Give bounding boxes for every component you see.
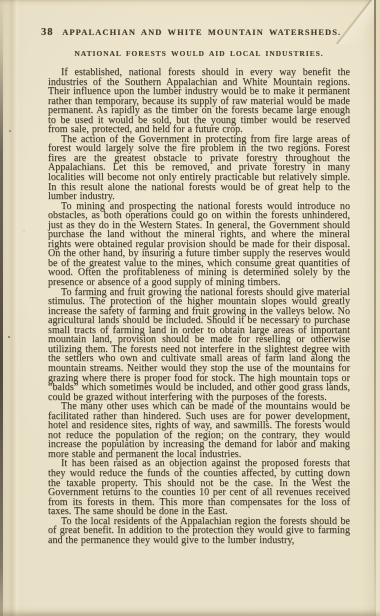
body-text: If established, national forests should …	[48, 68, 350, 545]
running-title: APPALACHIAN AND WHITE MOUNTAIN WATERSHED…	[54, 28, 351, 37]
page-number: 38	[41, 27, 54, 38]
paragraph-2: The action of the Government in protecti…	[48, 135, 350, 202]
page-header: 38 APPALACHIAN AND WHITE MOUNTAIN WATERS…	[48, 27, 350, 38]
paragraph-5: The many other uses which can be made of…	[48, 402, 350, 459]
scan-edge-bottom	[0, 610, 380, 616]
scanned-book-page: 38 APPALACHIAN AND WHITE MOUNTAIN WATERS…	[0, 0, 380, 616]
paragraph-3: To mining and prospecting the national f…	[48, 202, 350, 288]
paragraph-7: To the local residents of the Appalachia…	[48, 517, 350, 546]
section-heading: NATIONAL FORESTS WOULD AID LOCAL INDUSTR…	[48, 49, 350, 58]
paragraph-6: It has been raised as an objection again…	[48, 459, 350, 516]
paragraph-4: To farming and fruit growing the nationa…	[48, 288, 350, 403]
page-content: 38 APPALACHIAN AND WHITE MOUNTAIN WATERS…	[0, 0, 380, 545]
paragraph-1: If established, national forests should …	[48, 68, 350, 135]
